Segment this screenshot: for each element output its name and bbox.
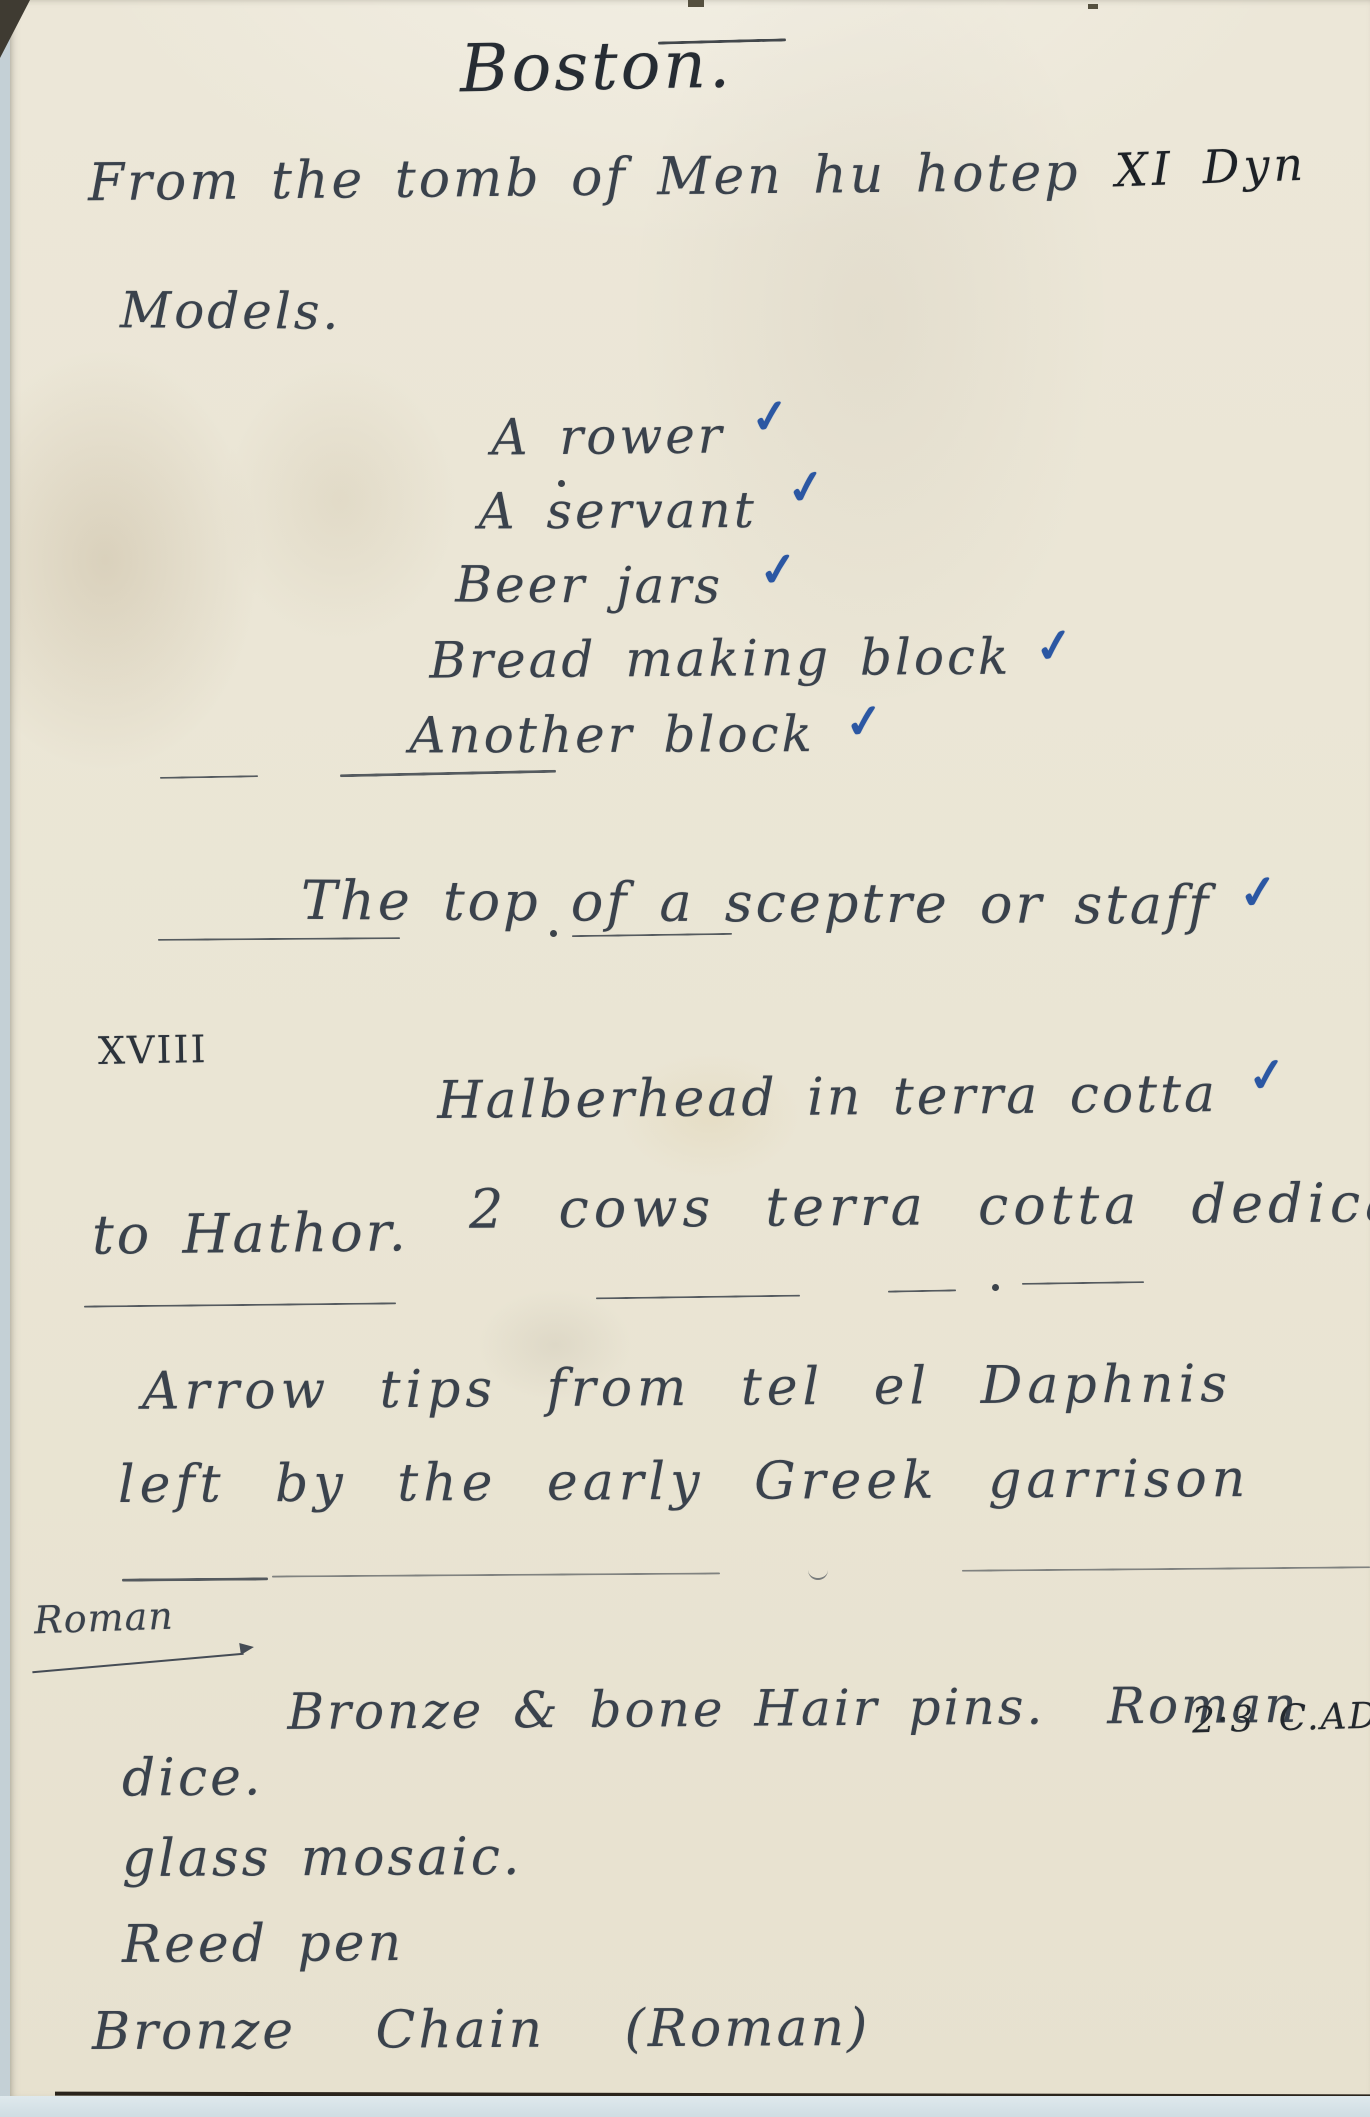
hairpins-text: Bronze & bone Hair pins. (287, 1678, 1045, 1741)
check-icon: ✓ (1032, 616, 1080, 675)
hand-drawn-rule (272, 1572, 720, 1577)
provenance-line: From the tomb of Men hu hotep (88, 143, 1081, 213)
edge-mark (688, 0, 704, 7)
roman-item: Bronze Chain (Roman) (92, 1998, 871, 2062)
roman-item: glass mosaic. (122, 1827, 523, 1889)
ink-dot (558, 480, 565, 487)
dynasty-note: XI Dyn (1114, 137, 1308, 198)
arrows-line2: left by the early Greek garrison (118, 1449, 1251, 1515)
section-numeral: XVIII (98, 1027, 208, 1073)
terracotta-line2-text: 2 cows terra cotta dedicated (469, 1171, 1370, 1241)
roman-item: dice. (122, 1747, 264, 1808)
note-page: Boston. From the tomb of Men hu hotep XI… (10, 0, 1370, 2096)
check-icon: ✓ (842, 692, 889, 750)
hand-drawn-rule (84, 1302, 396, 1307)
edge-mark (1088, 4, 1098, 9)
scan-bed-strip (0, 2096, 1370, 2117)
ink-dot (550, 930, 557, 937)
roman-item: Reed pen (122, 1913, 404, 1975)
hand-drawn-rule (962, 1566, 1370, 1572)
date-note: 2·3 C.AD (1191, 1696, 1370, 1742)
scanned-note: Boston. From the tomb of Men hu hotep XI… (0, 0, 1370, 2117)
hand-drawn-rule (122, 1577, 268, 1581)
sceptre-line: The top of a sceptre or staff✓ (120, 805, 1282, 1000)
ink-dot (992, 1284, 999, 1291)
terracotta-line3: to Hathor. (92, 1200, 409, 1266)
model-item: Another block✓ (236, 647, 887, 823)
model-item-label: Another block (409, 705, 815, 764)
check-icon: ✓ (1237, 863, 1284, 921)
page-title: Boston. (459, 26, 733, 108)
hairpins-line: Bronze & bone Hair pins.Roman (113, 1618, 1300, 1800)
hand-drawn-tick (808, 1568, 828, 1580)
models-heading: Models. (120, 281, 342, 341)
sceptre-text: The top of a sceptre or staff (301, 869, 1211, 937)
check-icon: ✓ (1245, 1046, 1292, 1104)
arrows-line1: Arrow tips from tel el Daphnis (142, 1354, 1232, 1422)
